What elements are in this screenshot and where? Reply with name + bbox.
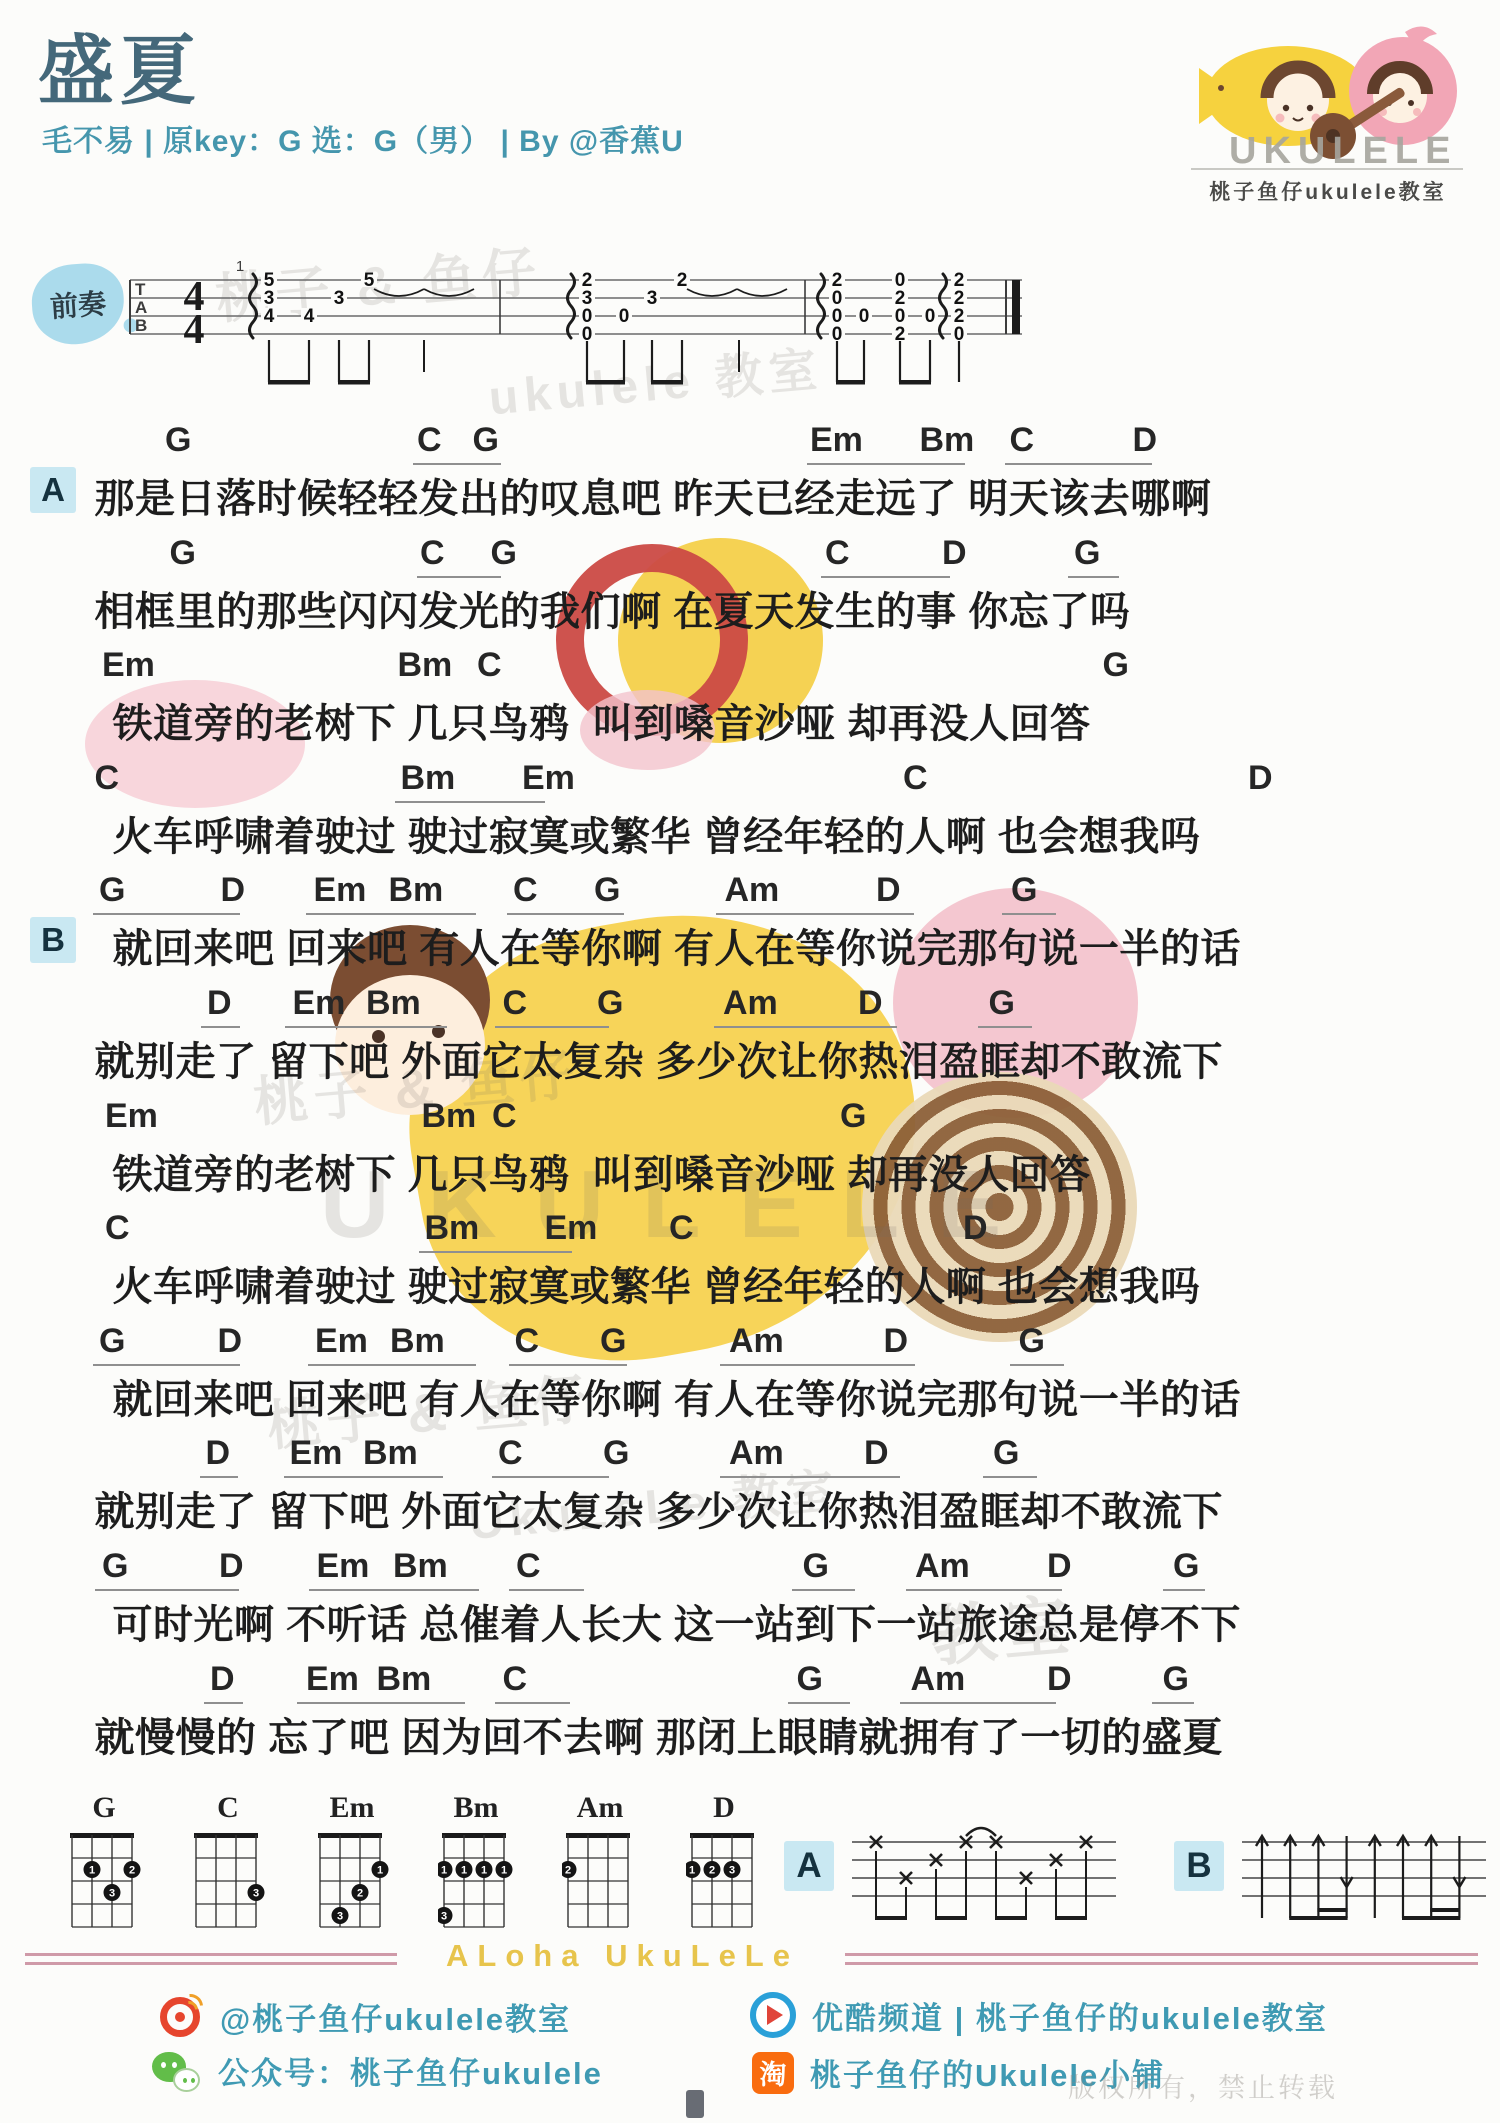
chord-underline (720, 1364, 915, 1366)
svg-text:3: 3 (441, 1911, 447, 1923)
chord-G: G (989, 984, 1015, 1023)
svg-text:3: 3 (647, 288, 658, 309)
chord-D: D (219, 1547, 244, 1586)
chord-C: C (95, 759, 120, 798)
lyric-chord-row: EmBmCG铁道旁的老树下 几只鸟鸦 叫到嗓音沙哑 却再没人回答 (0, 636, 1500, 748)
chord-underline (509, 1364, 628, 1366)
social-wechat: 公众号：桃子鱼仔ukulele (152, 2048, 603, 2093)
lyric-chord-row: DEmBmCGAmDG就别走了 留下吧 外面它太复杂 多少次让你热泪盈眶却不敢流… (0, 974, 1500, 1086)
chord-C: C (417, 421, 442, 460)
chord-underline (821, 576, 950, 578)
chord-underline (720, 1476, 900, 1478)
svg-text:0: 0 (954, 324, 965, 345)
chord-Bm: Bm (390, 1322, 445, 1361)
svg-text:3: 3 (109, 1888, 115, 1900)
chord-Em: Em (810, 421, 863, 460)
chord-Em: Em (314, 871, 367, 910)
chord-Bm: Bm (401, 759, 456, 798)
strum-pattern-a (848, 1824, 1120, 1928)
lyric-chord-row: DEmBmCGAmDG就慢慢的 忘了吧 因为回不去啊 那闭上眼睛就拥有了一切的盛… (0, 1650, 1500, 1762)
logo-divider (1191, 168, 1463, 170)
logo-school-name: 桃子鱼仔ukulele教室 (1183, 176, 1473, 206)
chord-Bm: Bm (920, 421, 975, 460)
chord-underline (1152, 1702, 1194, 1704)
lyric-chord-row: CBmEmCD火车呼啸着驶过 驶过寂寞或繁华 曾经年轻的人啊 也会想我吗 (0, 749, 1500, 861)
chord-sheet-page: 桃子 & 鱼仔ukulele 教室桃子 & 鱼仔UKULELE桃子 & 鱼仔Uk… (0, 0, 1500, 2123)
lyric-chord-row: GDEmBmCGAmDG可时光啊 不听话 总催着人长大 这一站到下一站旅途总是停… (0, 1537, 1500, 1649)
chord-C: C (105, 1209, 130, 1248)
chord-C: C (903, 759, 928, 798)
chord-underline (1002, 913, 1056, 915)
ink-smudge (686, 2090, 704, 2118)
logo-illustration: UKULELE (1183, 16, 1473, 166)
svg-text:4: 4 (304, 306, 315, 327)
svg-text:1: 1 (481, 1865, 487, 1877)
chord-Em: Em (306, 1660, 359, 1699)
chord-Am: Am (725, 871, 780, 910)
chord-G: G (1074, 534, 1100, 573)
lyric-line: 铁道旁的老树下 几只鸟鸦 叫到嗓音沙哑 却再没人回答 (113, 1143, 1091, 1200)
chord-underline (297, 1702, 465, 1704)
chord-C: C (503, 1660, 528, 1699)
svg-text:4: 4 (184, 307, 205, 353)
lyric-chord-row: BGDEmBmCGAmDG就回来吧 回来吧 有人在等你啊 有人在等你说完那句说一… (0, 861, 1500, 973)
chord-Bm: Bm (398, 646, 453, 685)
social-weibo: @桃子鱼仔ukulele教室 (158, 1993, 571, 2039)
chord-Bm: Bm (363, 1434, 418, 1473)
chord-D: D (210, 1660, 235, 1699)
svg-text:2: 2 (129, 1865, 135, 1877)
logo-brand-text: UKULELE (1229, 130, 1457, 166)
section-label-b: B (30, 917, 76, 963)
chord-G: G (99, 871, 125, 910)
chord-Bm: Bm (366, 984, 421, 1023)
lyrics-area: AGCGEmBmCD那是日落时候轻轻发出的叹息吧 昨天已经走远了 明天该去哪啊G… (0, 411, 1500, 1763)
svg-text:4: 4 (264, 306, 275, 327)
chord-underline (95, 1589, 239, 1591)
chord-Bm: Bm (422, 1097, 477, 1136)
chord-diagram-D: D123 (686, 1791, 762, 1938)
chord-Em: Em (315, 1322, 368, 1361)
chord-underline (93, 1364, 240, 1366)
svg-text:2: 2 (895, 324, 906, 345)
chord-G: G (165, 421, 191, 460)
lyric-chord-row: AGCGEmBmCD那是日落时候轻轻发出的叹息吧 昨天已经走远了 明天该去哪啊 (0, 411, 1500, 523)
chord-C: C (503, 984, 528, 1023)
chord-underline (900, 1702, 1056, 1704)
strum-pattern-a-label: A (784, 1841, 834, 1891)
wechat-account: 公众号：桃子鱼仔ukulele (218, 2048, 603, 2093)
chord-C: C (669, 1209, 694, 1248)
chord-C: C (515, 1322, 540, 1361)
chord-Em: Em (293, 984, 346, 1023)
chord-diagram-name: Bm (438, 1791, 514, 1827)
peach-character (1349, 26, 1457, 145)
chord-G: G (1103, 646, 1129, 685)
chord-underline (509, 1589, 584, 1591)
chord-diagram-name: Am (562, 1791, 638, 1827)
chord-D: D (864, 1434, 889, 1473)
song-title: 盛夏 (38, 10, 202, 119)
svg-text:T: T (135, 280, 146, 299)
chord-C: C (498, 1434, 523, 1473)
svg-text:3: 3 (253, 1888, 259, 1900)
chord-Am: Am (729, 1322, 784, 1361)
chord-D: D (1047, 1660, 1072, 1699)
chord-underline (716, 913, 914, 915)
weibo-handle: @桃子鱼仔ukulele教室 (220, 1994, 571, 2039)
svg-text:B: B (135, 316, 147, 335)
svg-text:0: 0 (582, 324, 593, 345)
chord-G: G (1173, 1547, 1199, 1586)
chord-diagram-Em: Em123 (314, 1791, 390, 1938)
chord-D: D (1133, 421, 1158, 460)
chord-underline (906, 1589, 1062, 1591)
chord-underline (204, 1702, 243, 1704)
chord-Am: Am (723, 984, 778, 1023)
chord-underline (417, 576, 501, 578)
svg-text:1: 1 (377, 1865, 383, 1877)
chord-C: C (825, 534, 850, 573)
chord-Bm: Bm (393, 1547, 448, 1586)
chord-underline (395, 801, 545, 803)
svg-text:A: A (135, 298, 147, 317)
svg-text:0: 0 (832, 324, 843, 345)
chord-G: G (170, 534, 196, 573)
chord-Am: Am (915, 1547, 970, 1586)
copyright-watermark: 版权所有，禁止转载 (1068, 2066, 1338, 2105)
svg-text:3: 3 (334, 288, 345, 309)
chord-G: G (600, 1322, 626, 1361)
chord-D: D (206, 1434, 231, 1473)
lyric-line: 那是日落时候轻轻发出的叹息吧 昨天已经走远了 明天该去哪啊 (95, 467, 1212, 524)
chord-underline (507, 913, 624, 915)
chord-underline (492, 1476, 609, 1478)
chord-underline (201, 1026, 240, 1028)
lyric-line: 就回来吧 回来吧 有人在等你啊 有人在等你说完那句说一半的话 (113, 917, 1241, 974)
chord-G: G (1019, 1322, 1045, 1361)
chord-underline (983, 1476, 1037, 1478)
chord-G: G (99, 1322, 125, 1361)
chord-D: D (218, 1322, 243, 1361)
footer-divider-left (25, 1953, 397, 1965)
chord-underline (309, 1589, 479, 1591)
chord-Am: Am (911, 1660, 966, 1699)
chord-underline (978, 1026, 1032, 1028)
lyric-line: 铁道旁的老树下 几只鸟鸦 叫到嗓音沙哑 却再没人回答 (113, 692, 1091, 749)
chord-underline (714, 1026, 897, 1028)
svg-text:1: 1 (461, 1865, 467, 1877)
svg-text:3: 3 (337, 1911, 343, 1923)
chord-D: D (963, 1209, 988, 1248)
svg-text:3: 3 (729, 1865, 735, 1877)
chord-Em: Em (317, 1547, 370, 1586)
lyric-line: 火车呼啸着驶过 驶过寂寞或繁华 曾经年轻的人啊 也会想我吗 (113, 1255, 1201, 1312)
footer-brand-script: ALoha UkuLeLe (400, 1938, 845, 1974)
chord-underline (1010, 1364, 1064, 1366)
chord-Em: Em (522, 759, 575, 798)
svg-text:2: 2 (357, 1888, 363, 1900)
chord-Bm: Bm (389, 871, 444, 910)
svg-text:1: 1 (501, 1865, 507, 1877)
chord-underline (1068, 576, 1119, 578)
svg-text:5: 5 (364, 270, 375, 291)
chord-diagram-name: Em (314, 1791, 390, 1827)
chord-G: G (597, 984, 623, 1023)
chord-D: D (1047, 1547, 1072, 1586)
chord-diagram-name: D (686, 1791, 762, 1827)
lyric-line: 就别走了 留下吧 外面它太复杂 多少次让你热泪盈眶却不敢流下 (95, 1480, 1223, 1537)
song-meta: 毛不易 | 原key：G 选：G（男） | By @香蕉U (42, 116, 684, 160)
chord-D: D (221, 871, 246, 910)
chord-diagram-C: C3 (190, 1791, 266, 1938)
taobao-icon: 淘 (752, 2052, 794, 2094)
chord-C: C (492, 1097, 517, 1136)
svg-text:0: 0 (859, 306, 870, 327)
weibo-icon (158, 1993, 204, 2039)
chord-underline (495, 1026, 609, 1028)
chord-underline (308, 1364, 476, 1366)
chord-underline (284, 1476, 443, 1478)
chord-G: G (102, 1547, 128, 1586)
chord-Em: Em (289, 1434, 342, 1473)
strum-pattern-b (1238, 1824, 1490, 1928)
chord-G: G (473, 421, 499, 460)
wechat-icon (152, 2049, 202, 2093)
chord-D: D (1248, 759, 1273, 798)
youku-channel: 优酷频道 | 桃子鱼仔的ukulele教室 (812, 1993, 1328, 2038)
intro-section-label: 前奏 (29, 261, 126, 347)
chord-diagram-G: G123 (66, 1791, 142, 1938)
lyric-chord-row: GCGCDG相框里的那些闪闪发光的我们啊 在夏天发生的事 你忘了吗 (0, 524, 1500, 636)
lyric-chord-row: GDEmBmCGAmDG就回来吧 回来吧 有人在等你啊 有人在等你说完那句说一半… (0, 1312, 1500, 1424)
chord-G: G (840, 1097, 866, 1136)
section-label-a: A (30, 467, 76, 513)
chord-Bm: Bm (377, 1660, 432, 1699)
chord-D: D (884, 1322, 909, 1361)
chord-G: G (603, 1434, 629, 1473)
chord-G: G (594, 871, 620, 910)
chord-C: C (420, 534, 445, 573)
chord-underline (807, 463, 965, 465)
chord-C: C (513, 871, 538, 910)
chord-C: C (477, 646, 502, 685)
lyric-chord-row: CBmEmCD火车呼啸着驶过 驶过寂寞或繁华 曾经年轻的人啊 也会想我吗 (0, 1199, 1500, 1311)
intro-tablature: TAB441534435230003220000020202220 (122, 256, 1032, 406)
svg-text:1: 1 (89, 1865, 95, 1877)
lyric-line: 火车呼啸着驶过 驶过寂寞或繁华 曾经年轻的人啊 也会想我吗 (113, 805, 1201, 862)
chord-underline (306, 913, 476, 915)
chord-G: G (797, 1660, 823, 1699)
chord-underline (1005, 463, 1152, 465)
chord-underline (285, 1026, 447, 1028)
svg-text:1: 1 (441, 1865, 447, 1877)
chord-G: G (491, 534, 517, 573)
chord-Em: Em (105, 1097, 158, 1136)
strum-pattern-b-label: B (1174, 1841, 1224, 1891)
chord-underline (792, 1589, 855, 1591)
chord-underline (419, 1251, 572, 1253)
lyric-line: 就慢慢的 忘了吧 因为回不去啊 那闭上眼睛就拥有了一切的盛夏 (95, 1706, 1223, 1763)
svg-text:2: 2 (709, 1865, 715, 1877)
chord-underline (788, 1702, 851, 1704)
chord-diagram-name: G (66, 1791, 142, 1827)
chord-C: C (1010, 421, 1035, 460)
youku-icon (750, 1992, 796, 2038)
chord-underline (93, 913, 240, 915)
chord-D: D (876, 871, 901, 910)
chord-G: G (1163, 1660, 1189, 1699)
social-youku: 优酷频道 | 桃子鱼仔的ukulele教室 (750, 1992, 1328, 2038)
chord-diagram-Bm: Bm11113 (438, 1791, 514, 1938)
svg-text:0: 0 (925, 306, 936, 327)
svg-text:2: 2 (565, 1865, 571, 1877)
svg-text:1: 1 (689, 1865, 695, 1877)
chord-D: D (858, 984, 883, 1023)
svg-text:2: 2 (677, 270, 688, 291)
chord-Em: Em (545, 1209, 598, 1248)
chord-G: G (1011, 871, 1037, 910)
lyric-line: 就回来吧 回来吧 有人在等你啊 有人在等你说完那句说一半的话 (113, 1368, 1241, 1425)
chord-Am: Am (729, 1434, 784, 1473)
lyric-line: 相框里的那些闪闪发光的我们啊 在夏天发生的事 你忘了吗 (95, 580, 1131, 637)
chord-D: D (207, 984, 232, 1023)
svg-text:0: 0 (619, 306, 630, 327)
chord-C: C (516, 1547, 541, 1586)
chord-underline (495, 1702, 570, 1704)
chord-Bm: Bm (425, 1209, 480, 1248)
lyric-chord-row: EmBmCG铁道旁的老树下 几只鸟鸦 叫到嗓音沙哑 却再没人回答 (0, 1087, 1500, 1199)
lyric-chord-row: DEmBmCGAmDG就别走了 留下吧 外面它太复杂 多少次让你热泪盈眶却不敢流… (0, 1424, 1500, 1536)
chord-G: G (803, 1547, 829, 1586)
lyric-line: 就别走了 留下吧 外面它太复杂 多少次让你热泪盈眶却不敢流下 (95, 1030, 1223, 1087)
chord-diagram-name: C (190, 1791, 266, 1827)
chord-underline (200, 1476, 239, 1478)
chord-D: D (942, 534, 967, 573)
chord-diagram-Am: Am2 (562, 1791, 638, 1938)
lyric-line: 可时光啊 不听话 总催着人长大 这一站到下一站旅途总是停不下 (113, 1593, 1241, 1650)
chord-G: G (993, 1434, 1019, 1473)
chord-underline (413, 463, 502, 465)
studio-logo: UKULELE 桃子鱼仔ukulele教室 (1183, 16, 1473, 216)
footer-divider-right (845, 1953, 1478, 1965)
chord-Em: Em (102, 646, 155, 685)
svg-text:1: 1 (236, 258, 244, 275)
chord-underline (1163, 1589, 1205, 1591)
